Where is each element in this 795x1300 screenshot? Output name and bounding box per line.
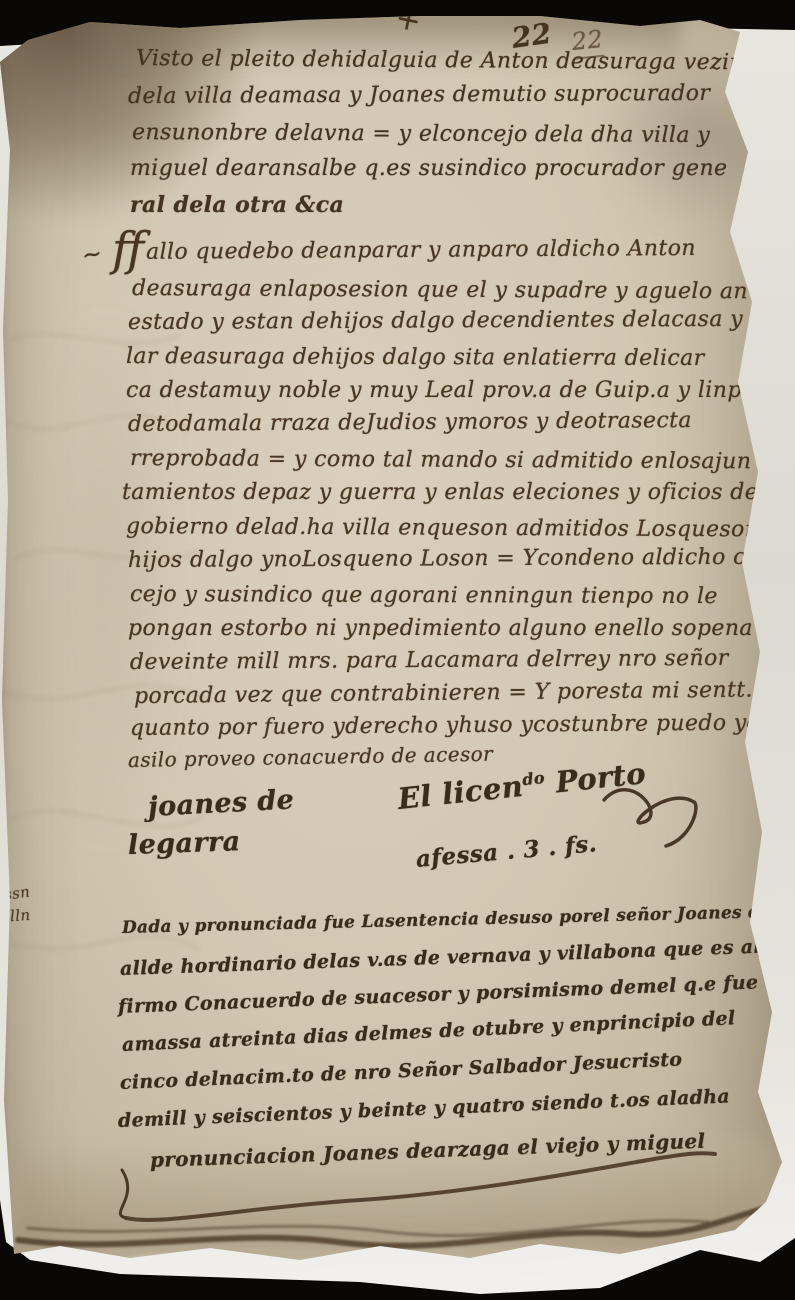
text-line: allde hordinario delas v.as de vernava y… [120,932,795,980]
text-line: ral dela otra &ca [130,192,344,218]
text-line: tamientos depaz y guerra y enlas elecion… [122,480,766,505]
text-line: estado y estan dehijos dalgo decendiente… [128,307,776,335]
text-line: demill y seiscientos y beinte y quatro s… [118,1085,731,1132]
text-line: miguel dearansalbe q.es susindico procur… [130,156,727,181]
text-line: hijos dalgo ynoLosqueno Loson = Ycondeno… [128,545,774,573]
text-line: rreprobada = y como tal mando si admitid… [130,446,751,474]
text-line: lar deasuraga dehijos dalgo sita enlatie… [126,344,705,371]
text-line: porcada vez que contrabinieren = Y pores… [134,678,753,709]
signature-left-line1: joanes de [147,784,295,823]
fee-note: afessa . 3 . fs. [415,830,598,873]
text-line: quanto por fuero yderecho yhuso ycostunb… [130,710,795,741]
manuscript-photo: + 22 22 Visto el pleito dehidalguia de A… [0,0,795,1300]
text-line: ca destamuy noble y muy Leal prov.a de G… [126,378,775,403]
text-line: gobierno delad.ha villa enqueson admitid… [126,514,759,542]
closing-flourish [100,1128,740,1228]
text-line: detodamala rraza deJudios ymoros y deotr… [128,408,692,437]
text-line: dela villa deamasa y Joanes demutio supr… [128,81,710,109]
signature-left-line2: legarra [127,826,241,861]
header-cross-icon: + [392,0,424,40]
text-line: Dada y pronunciada fue Lasentencia desus… [122,900,795,938]
text-line: asilo proveo conacuerdo de acesor [128,742,493,772]
drop-capital: ff [112,222,142,276]
manuscript-page: + 22 22 Visto el pleito dehidalguia de A… [0,0,795,1300]
signature-superscript: do [521,768,545,789]
text-line: ffallo quedebo deanparar y anparo aldich… [112,236,696,265]
paragraph-mark: ~ [80,239,105,270]
text-line: cejo y susindico que agorani enningun ti… [130,582,718,609]
signature-rubric [596,760,706,850]
stain-top-left-corner [0,0,270,220]
text-line: pongan estorbo ni ynpedimiento alguno en… [128,616,753,641]
text-line: Visto el pleito dehidalguia de Anton dea… [136,46,758,75]
text-line: ensunonbre delavna = y elconcejo dela dh… [132,120,710,148]
text-line: deasuraga enlaposesion que el y supadre … [132,276,748,304]
text-line: deveinte mill mrs. para Lacamara delrrey… [130,646,729,675]
